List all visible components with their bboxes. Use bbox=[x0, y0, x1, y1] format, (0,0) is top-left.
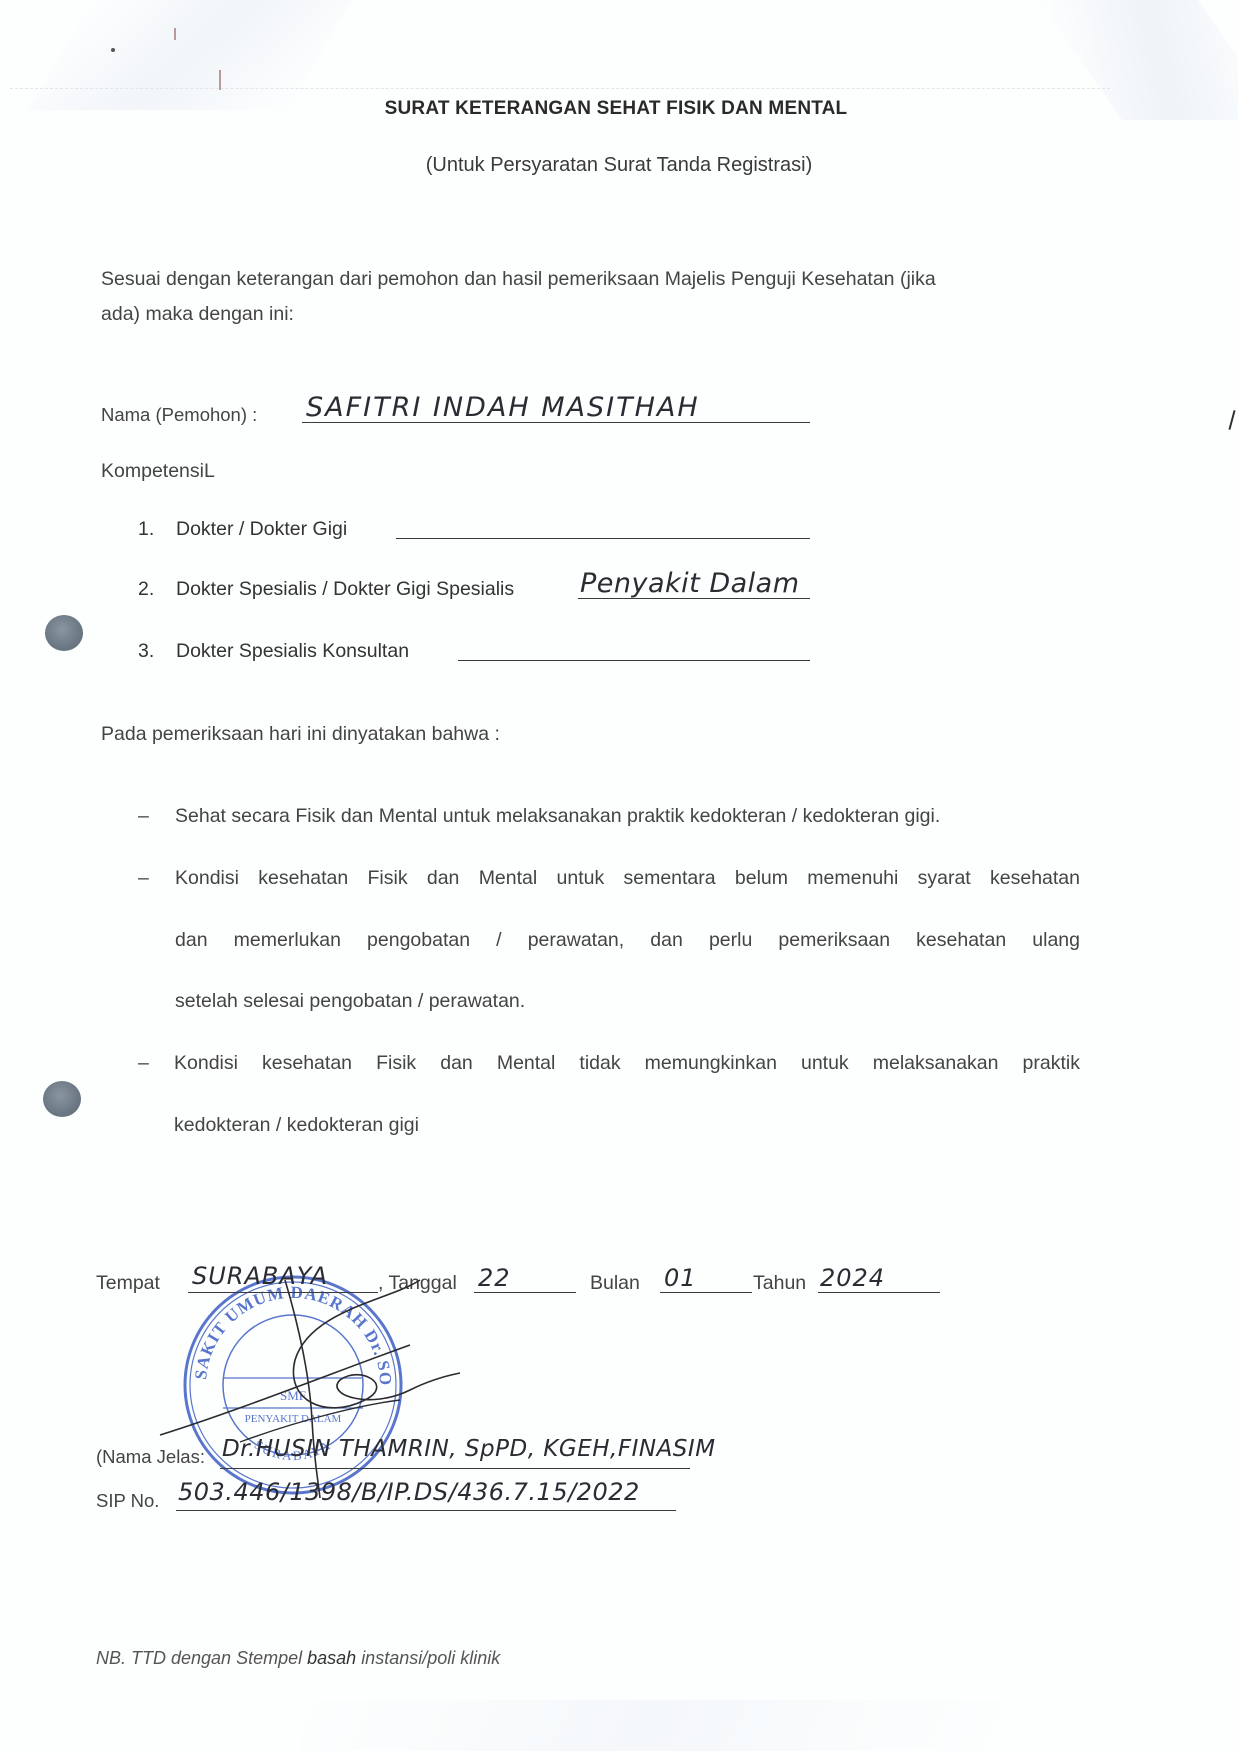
statement-2-line-2: dan memerlukan pengobatan / perawatan, d… bbox=[175, 929, 1080, 952]
year-line bbox=[818, 1292, 940, 1293]
scan-mark bbox=[174, 28, 176, 40]
statement-2-bullet: – bbox=[138, 867, 149, 890]
footer-note: NB. TTD dengan Stempel basah instansi/po… bbox=[96, 1648, 500, 1669]
competency-1-line[interactable] bbox=[396, 538, 810, 539]
scan-dot bbox=[111, 48, 115, 52]
document-title: SURAT KETERANGAN SEHAT FISIK DAN MENTAL bbox=[0, 98, 1235, 120]
competency-2-label: Dokter Spesialis / Dokter Gigi Spesialis bbox=[176, 578, 514, 601]
month-value[interactable]: 01 bbox=[664, 1264, 697, 1292]
sip-line bbox=[176, 1510, 676, 1511]
footer-note-suffix: instansi/poli klinik bbox=[361, 1648, 500, 1668]
statement-1-bullet: – bbox=[138, 805, 149, 828]
sip-value[interactable]: 503.446/1398/B/IP.DS/436.7.15/2022 bbox=[178, 1478, 640, 1506]
name-line bbox=[220, 1468, 690, 1469]
intro-line-1: Sesuai dengan keterangan dari pemohon da… bbox=[101, 268, 936, 291]
punch-hole-upper bbox=[45, 615, 83, 651]
scan-shade-top-left bbox=[28, 0, 352, 110]
competency-2-number: 2. bbox=[138, 578, 154, 601]
competency-1-label: Dokter / Dokter Gigi bbox=[176, 518, 347, 541]
scan-line-top bbox=[10, 88, 1110, 89]
statement-3-line-1: Kondisi kesehatan Fisik dan Mental tidak… bbox=[174, 1052, 1080, 1075]
statement-intro: Pada pemeriksaan hari ini dinyatakan bah… bbox=[101, 723, 500, 746]
competency-label: KompetensiL bbox=[101, 460, 215, 483]
scan-mark-right bbox=[1228, 410, 1235, 430]
statement-2-line-3: setelah selesai pengobatan / perawatan. bbox=[175, 990, 525, 1013]
punch-hole-lower bbox=[43, 1081, 81, 1117]
statement-2-line-1: Kondisi kesehatan Fisik dan Mental untuk… bbox=[175, 867, 1080, 890]
competency-3-label: Dokter Spesialis Konsultan bbox=[176, 640, 409, 663]
statement-3-line-2: kedokteran / kedokteran gigi bbox=[174, 1114, 419, 1137]
footer-note-prefix: NB. TTD dengan Stempel bbox=[96, 1648, 302, 1668]
sip-label: SIP No. bbox=[96, 1490, 159, 1512]
statement-1-line-1: Sehat secara Fisik dan Mental untuk mela… bbox=[175, 805, 940, 828]
scan-shade-bottom bbox=[300, 1700, 1000, 1751]
applicant-label: Nama (Pemohon) : bbox=[101, 404, 257, 426]
year-label: Tahun bbox=[753, 1272, 806, 1295]
applicant-name-value[interactable]: SAFITRI INDAH MASITHAH bbox=[306, 392, 700, 423]
scan-mark bbox=[219, 70, 221, 90]
statement-3-bullet: – bbox=[138, 1052, 149, 1075]
competency-3-number: 3. bbox=[138, 640, 154, 663]
month-line bbox=[660, 1292, 752, 1293]
competency-2-value[interactable]: Penyakit Dalam bbox=[580, 568, 800, 599]
footer-note-bold: basah bbox=[307, 1648, 356, 1668]
competency-3-line[interactable] bbox=[458, 660, 810, 661]
document-subtitle: (Untuk Persyaratan Surat Tanda Registras… bbox=[0, 154, 1238, 177]
signatory-name-value[interactable]: Dr.HUSIN THAMRIN, SpPD, KGEH,FINASIM bbox=[222, 1436, 716, 1462]
intro-line-2: ada) maka dengan ini: bbox=[101, 303, 294, 326]
month-label: Bulan bbox=[590, 1272, 640, 1295]
name-label: (Nama Jelas: bbox=[96, 1446, 205, 1468]
competency-1-number: 1. bbox=[138, 518, 154, 541]
year-value[interactable]: 2024 bbox=[820, 1264, 885, 1292]
